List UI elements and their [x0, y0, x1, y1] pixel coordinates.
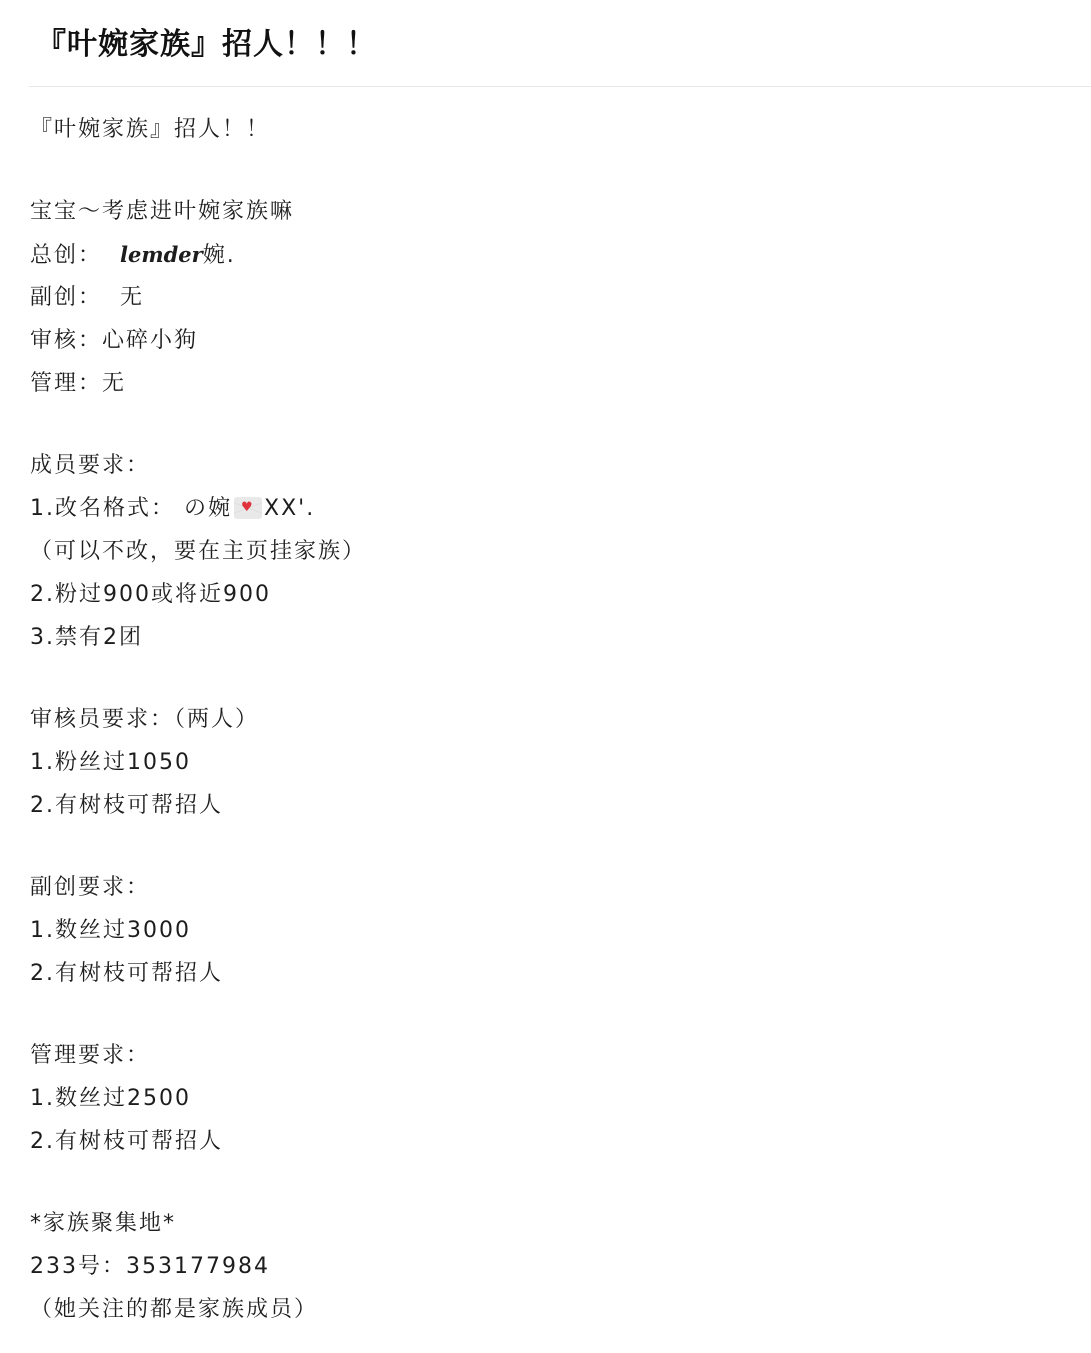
founder-name-script: lemder — [120, 242, 203, 267]
reviewer-label: 审核： — [30, 328, 102, 353]
title-divider — [29, 86, 1091, 87]
rename-format-label: 1.改名格式： — [30, 496, 184, 521]
love-letter-icon: ♥ — [234, 497, 262, 519]
spacer — [30, 1163, 1070, 1202]
member-req-heading: 成员要求： — [30, 444, 1070, 487]
reviewer-line: 审核：心碎小狗 — [30, 319, 1070, 362]
spacer — [30, 995, 1070, 1034]
founder-name-suffix: 婉. — [203, 243, 236, 268]
rename-format-symbol: の婉 — [184, 496, 232, 521]
spacer — [30, 827, 1070, 866]
cofounder-value: 无 — [102, 285, 144, 310]
post-body: 『叶婉家族』招人！！ 宝宝～考虑进叶婉家族嘛 总创：lemder婉. 副创： 无… — [30, 108, 1070, 1331]
manager-req-heading: 管理要求： — [30, 1034, 1070, 1077]
cofounder-req-item-1: 1.数丝过3000 — [30, 909, 1070, 952]
cofounder-req-item-2: 2.有树枝可帮招人 — [30, 952, 1070, 995]
manager-req-item-2: 2.有树枝可帮招人 — [30, 1120, 1070, 1163]
cofounder-label: 副创： — [30, 285, 102, 310]
member-req-item-2: 2.粉过900或将近900 — [30, 573, 1070, 616]
spacer — [30, 151, 1070, 190]
rename-format-suffix: XX'. — [264, 496, 315, 521]
intro-line: 『叶婉家族』招人！！ — [30, 108, 1070, 151]
reviewer-req-item-2: 2.有树枝可帮招人 — [30, 784, 1070, 827]
member-req-item-1-note: （可以不改，要在主页挂家族） — [30, 530, 1070, 573]
spacer — [30, 405, 1070, 444]
cofounder-req-heading: 副创要求： — [30, 866, 1070, 909]
reviewer-value: 心碎小狗 — [102, 328, 198, 353]
manager-label: 管理： — [30, 371, 102, 396]
post-title: 『叶婉家族』招人！！！ — [36, 22, 377, 68]
manager-line: 管理：无 — [30, 362, 1070, 405]
gathering-note: （她关注的都是家族成员） — [30, 1288, 1070, 1331]
manager-req-item-1: 1.数丝过2500 — [30, 1077, 1070, 1120]
gathering-id: 233号：353177984 — [30, 1245, 1070, 1288]
member-req-item-1: 1.改名格式： の婉♥XX'. — [30, 487, 1070, 530]
founder-label: 总创： — [30, 243, 102, 268]
reviewer-req-heading: 审核员要求：（两人） — [30, 698, 1070, 741]
heart-icon: ♥ — [241, 501, 253, 515]
reviewer-req-item-1: 1.粉丝过1050 — [30, 741, 1070, 784]
gathering-heading: *家族聚集地* — [30, 1202, 1070, 1245]
invite-line: 宝宝～考虑进叶婉家族嘛 — [30, 190, 1070, 233]
spacer — [30, 659, 1070, 698]
founder-line: 总创：lemder婉. — [30, 233, 1070, 276]
cofounder-line: 副创： 无 — [30, 276, 1070, 319]
member-req-item-3: 3.禁有2团 — [30, 616, 1070, 659]
manager-value: 无 — [102, 371, 126, 396]
